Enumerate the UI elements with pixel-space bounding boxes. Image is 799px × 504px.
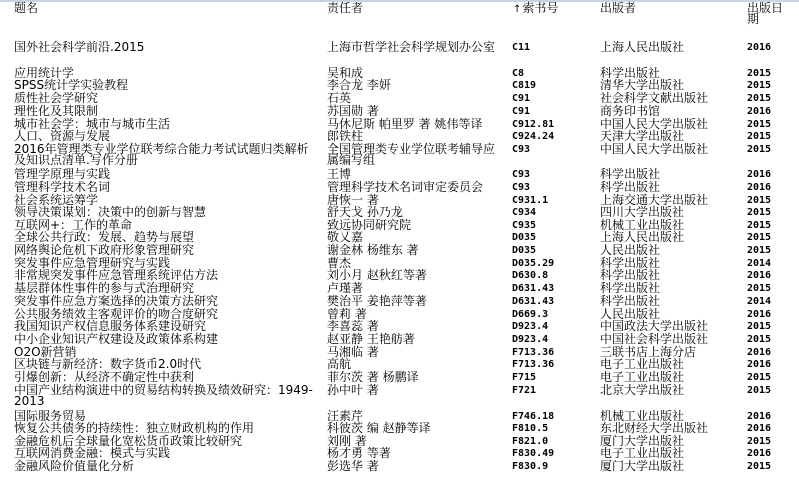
table-row[interactable]: 中国产业结构演进中的贸易结构转换及绩效研究：1949-2013 孙中叶 著 F7…	[0, 385, 799, 407]
cell-pub-date: 2015	[747, 68, 771, 79]
cell-title: SPSS统计学实验教程	[14, 80, 128, 91]
cell-call-number: C93	[512, 169, 530, 180]
cell-call-number: D669.3	[512, 309, 548, 320]
cell-pub-date: 2014	[747, 296, 771, 307]
cell-call-number: D923.4	[512, 334, 548, 345]
cell-responsibility: 菲尔茨 著 杨鹏译	[327, 372, 419, 383]
cell-pub-date: 2016	[747, 106, 771, 117]
cell-pub-date: 2016	[747, 411, 771, 422]
cell-title: 人口、资源与发展	[14, 131, 110, 142]
cell-title: 管理学原理与实践	[14, 169, 110, 180]
cell-title: 质性社会学研究	[14, 93, 98, 104]
cell-publisher: 人民出版社	[600, 245, 660, 256]
cell-responsibility: 谢金林 杨维东 著	[327, 245, 419, 256]
cell-pub-date: 2015	[747, 321, 771, 332]
cell-pub-date: 2016	[747, 359, 771, 370]
cell-call-number: D035	[512, 232, 536, 243]
cell-title: 国外社会科学前沿.2015	[14, 42, 144, 53]
cell-responsibility: 石英	[327, 93, 351, 104]
cell-publisher: 科学出版社	[600, 169, 660, 180]
cell-pub-date: 2016	[747, 423, 771, 434]
cell-publisher: 中国社会科学出版社	[600, 334, 708, 345]
cell-publisher: 社会科学文献出版社	[600, 93, 708, 104]
cell-call-number: C931.1	[512, 195, 548, 206]
cell-call-number: D035.29	[512, 258, 554, 269]
cell-pub-date: 2016	[747, 270, 771, 281]
cell-pub-date: 2015	[747, 245, 771, 256]
cell-title: 区块链与新经济：数字货币2.0时代	[14, 359, 201, 370]
cell-call-number: F713.36	[512, 347, 554, 358]
cell-call-number: C8	[512, 68, 524, 79]
cell-call-number: F746.18	[512, 411, 554, 422]
cell-pub-date: 2016	[747, 182, 771, 193]
cell-pub-date: 2015	[747, 131, 771, 142]
column-header-title[interactable]: 题名	[14, 3, 38, 14]
table-row[interactable]: 区块链与新经济：数字货币2.0时代 高航 F713.36 电子工业出版社 201…	[0, 359, 799, 370]
table-row[interactable]: 领导决策谋划：决策中的创新与智慧 舒天戈 孙乃龙 C934 四川大学出版社 20…	[0, 207, 799, 218]
cell-responsibility: 苏国勋 著	[327, 106, 379, 117]
cell-responsibility: 赵亚静 王艳舫著	[327, 334, 415, 345]
cell-pub-date: 2015	[747, 372, 771, 383]
cell-responsibility: 科彼茨 编 赵静等译	[327, 423, 431, 434]
cell-title: 网络舆论危机下政府形象管理研究	[14, 245, 194, 256]
cell-pub-date: 2015	[747, 232, 771, 243]
cell-pub-date: 2015	[747, 195, 771, 206]
cell-pub-date: 2015	[747, 207, 771, 218]
cell-call-number: C819	[512, 80, 536, 91]
cell-call-number: D631.43	[512, 283, 554, 294]
cell-pub-date: 2016	[747, 347, 771, 358]
column-header-responsibility[interactable]: 责任者	[327, 3, 363, 14]
cell-call-number: C935	[512, 220, 536, 231]
cell-responsibility: 李合龙 李妍	[327, 80, 391, 91]
cell-call-number: C93	[512, 144, 530, 155]
cell-title: 领导决策谋划：决策中的创新与智慧	[14, 207, 206, 218]
cell-call-number: C91	[512, 106, 530, 117]
cell-pub-date: 2015	[747, 220, 771, 231]
cell-publisher: 科学出版社	[600, 296, 660, 307]
cell-call-number: D631.43	[512, 296, 554, 307]
cell-responsibility: 上海市哲学社会科学规划办公室	[327, 42, 507, 53]
cell-title: 恢复公共债务的持续性：独立财政机构的作用	[14, 423, 254, 434]
table-row[interactable]: 恢复公共债务的持续性：独立财政机构的作用 科彼茨 编 赵静等译 F810.5 东…	[0, 423, 799, 434]
cell-responsibility: 全国管理类专业学位联考辅导应属编写组	[327, 144, 499, 166]
cell-pub-date: 2016	[747, 309, 771, 320]
table-row[interactable]: 突发事件应急方案选择的决策方法研究 樊治平 姜艳萍等著 D631.43 科学出版…	[0, 296, 799, 307]
cell-publisher: 商务印书馆	[600, 106, 660, 117]
cell-publisher: 天津大学出版社	[600, 131, 684, 142]
cell-title: 管理科学技术名词	[14, 182, 110, 193]
table-row[interactable]: 理性化及其限制 苏国勋 著 C91 商务印书馆 2016	[0, 106, 799, 117]
cell-pub-date: 2015	[747, 436, 771, 447]
table-row[interactable]: 引爆创新：从经济不确定性中获利 菲尔茨 著 杨鹏译 F715 电子工业出版社 2…	[0, 372, 799, 383]
table-row[interactable]: SPSS统计学实验教程 李合龙 李妍 C819 清华大学出版社 2015	[0, 80, 799, 91]
cell-pub-date: 2016	[747, 448, 771, 459]
table-header: 题名 责任者 ↑索书号 出版者 出版日期	[0, 2, 799, 32]
cell-pub-date: 2014	[747, 258, 771, 269]
cell-publisher: 东北财经大学出版社	[600, 423, 708, 434]
sort-ascending-icon: ↑	[513, 4, 521, 15]
cell-publisher: 电子工业出版社	[600, 359, 684, 370]
cell-call-number: D035	[512, 245, 536, 256]
cell-title: 中小企业知识产权建设及政策体系构建	[14, 334, 218, 345]
column-header-publisher[interactable]: 出版者	[600, 3, 636, 14]
cell-call-number: D923.4	[512, 321, 548, 332]
column-header-call-number[interactable]: ↑索书号	[513, 3, 558, 15]
cell-title: 基层群体性事件的参与式治理研究	[14, 283, 194, 294]
cell-publisher: 上海人民出版社	[600, 42, 684, 53]
cell-responsibility: 王博	[327, 169, 351, 180]
cell-responsibility: 刘小月 赵秋红等著	[327, 270, 427, 281]
cell-call-number: C91	[512, 93, 530, 104]
cell-pub-date: 2015	[747, 80, 771, 91]
cell-call-number: C934	[512, 207, 536, 218]
cell-call-number: D630.8	[512, 270, 548, 281]
cell-call-number: F721	[512, 385, 536, 396]
table-row[interactable]: 全球公共行政：发展、趋势与展望 敬乂嘉 D035 上海人民出版社 2015	[0, 232, 799, 243]
cell-title: 理性化及其限制	[14, 106, 98, 117]
cell-pub-date: 2016	[747, 42, 771, 53]
cell-title: 我国知识产权信息服务体系建设研究	[14, 321, 206, 332]
table-row[interactable]: 国外社会科学前沿.2015 上海市哲学社会科学规划办公室 C11 上海人民出版社…	[0, 42, 799, 64]
cell-pub-date: 2015	[747, 119, 771, 130]
cell-responsibility: 高航	[327, 359, 351, 370]
table-row[interactable]: 管理科学技术名词 管理科学技术名词审定委员会 C93 科学出版社 2016	[0, 182, 799, 193]
table-row[interactable]: 互联网消费金融：模式与实践 杨才勇 等著 F830.49 电子工业出版社 201…	[0, 448, 799, 459]
cell-publisher: 清华大学出版社	[600, 80, 684, 91]
cell-call-number: F821.0	[512, 436, 548, 447]
cell-publisher: 中国政法大学出版社	[600, 321, 708, 332]
cell-responsibility: 卢瑾著	[327, 283, 363, 294]
cell-pub-date: 2016	[747, 169, 771, 180]
table-row[interactable]: 质性社会学研究 石英 C91 社会科学文献出版社 2015	[0, 93, 799, 104]
cell-call-number: F715	[512, 372, 536, 383]
cell-responsibility: 敬乂嘉	[327, 232, 363, 243]
cell-pub-date: 2015	[747, 93, 771, 104]
cell-responsibility: 孙中叶 著	[327, 385, 379, 396]
cell-call-number: C924.24	[512, 131, 554, 142]
table-row[interactable]: 网络舆论危机下政府形象管理研究 谢金林 杨维东 著 D035 人民出版社 201…	[0, 245, 799, 256]
cell-call-number: F810.5	[512, 423, 548, 434]
cell-pub-date: 2015	[747, 461, 771, 472]
cell-call-number: C11	[512, 42, 530, 53]
cell-publisher: 科学出版社	[600, 182, 660, 193]
cell-responsibility: 彭选华 著	[327, 461, 379, 472]
cell-title: 全球公共行政：发展、趋势与展望	[14, 232, 194, 243]
cell-responsibility: 管理科学技术名词审定委员会	[327, 182, 483, 193]
table-row[interactable]: 管理学原理与实践 王博 C93 科学出版社 2016	[0, 169, 799, 180]
cell-call-number: C912.81	[512, 119, 554, 130]
cell-title: 非常规突发事件应急管理系统评估方法	[14, 270, 218, 281]
cell-responsibility: 李喜蕊 著	[327, 321, 379, 332]
cell-publisher: 中国人民大学出版社	[600, 144, 708, 155]
cell-title: 引爆创新：从经济不确定性中获利	[14, 372, 194, 383]
column-header-call-number-label: 索书号	[522, 1, 558, 15]
cell-call-number: F713.36	[512, 359, 554, 370]
table-row[interactable]: 我国知识产权信息服务体系建设研究 李喜蕊 著 D923.4 中国政法大学出版社 …	[0, 321, 799, 332]
cell-publisher: 电子工业出版社	[600, 448, 684, 459]
cell-title: 2016年管理类专业学位联考综合能力考试试题归类解析及知识点清单.写作分册	[14, 144, 310, 166]
cell-publisher: 科学出版社	[600, 270, 660, 281]
cell-publisher: 电子工业出版社	[600, 372, 684, 383]
cell-title: 金融风险价值量化分析	[14, 461, 134, 472]
column-header-pub-date[interactable]: 出版日期	[747, 3, 783, 25]
cell-call-number: C93	[512, 182, 530, 193]
cell-title: 突发事件应急方案选择的决策方法研究	[14, 296, 218, 307]
cell-responsibility: 杨才勇 等著	[327, 448, 391, 459]
table-row[interactable]: 非常规突发事件应急管理系统评估方法 刘小月 赵秋红等著 D630.8 科学出版社…	[0, 270, 799, 281]
cell-pub-date: 2015	[747, 334, 771, 345]
cell-pub-date: 2015	[747, 144, 771, 155]
cell-title: 互联网消费金融：模式与实践	[14, 448, 170, 459]
cell-pub-date: 2015	[747, 283, 771, 294]
table-row[interactable]: 基层群体性事件的参与式治理研究 卢瑾著 D631.43 科学出版社 2015	[0, 283, 799, 294]
cell-publisher: 北京大学出版社	[600, 385, 684, 396]
cell-call-number: F830.49	[512, 448, 554, 459]
cell-publisher: 厦门大学出版社	[600, 461, 684, 472]
table-row[interactable]: 中小企业知识产权建设及政策体系构建 赵亚静 王艳舫著 D923.4 中国社会科学…	[0, 334, 799, 345]
cell-publisher: 科学出版社	[600, 283, 660, 294]
cell-call-number: F830.9	[512, 461, 548, 472]
table-row[interactable]: 2016年管理类专业学位联考综合能力考试试题归类解析及知识点清单.写作分册 全国…	[0, 144, 799, 166]
cell-publisher: 上海人民出版社	[600, 232, 684, 243]
cell-responsibility: 郎铁柱	[327, 131, 363, 142]
table-row[interactable]: 金融风险价值量化分析 彭选华 著 F830.9 厦门大学出版社 2015	[0, 461, 799, 472]
cell-title: 中国产业结构演进中的贸易结构转换及绩效研究：1949-2013	[14, 385, 320, 407]
table-row[interactable]: 人口、资源与发展 郎铁柱 C924.24 天津大学出版社 2015	[0, 131, 799, 142]
cell-pub-date: 2015	[747, 385, 771, 396]
cell-responsibility: 樊治平 姜艳萍等著	[327, 296, 427, 307]
cell-responsibility: 舒天戈 孙乃龙	[327, 207, 403, 218]
cell-publisher: 四川大学出版社	[600, 207, 684, 218]
